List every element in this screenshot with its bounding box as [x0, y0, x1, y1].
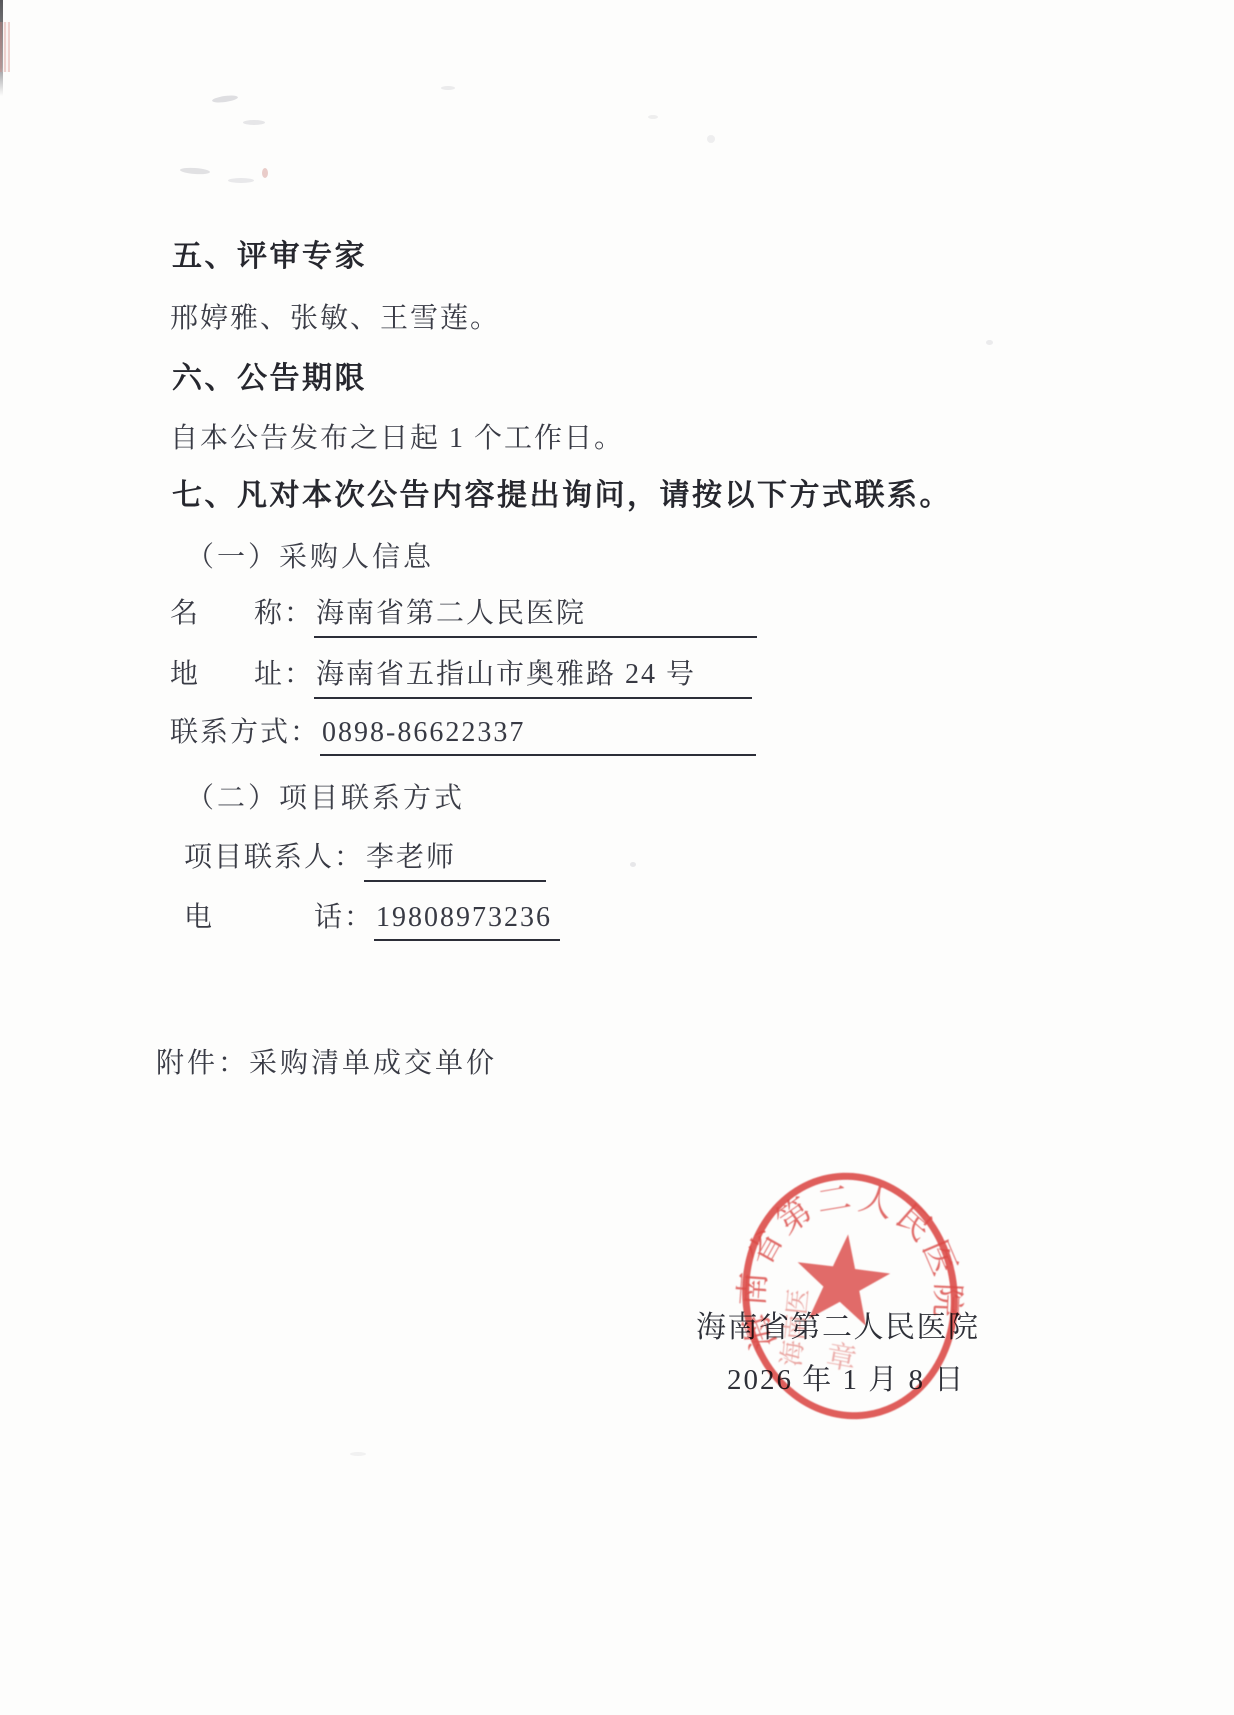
- purchaser-subheading: （一）采购人信息: [186, 535, 434, 575]
- scan-artifact: [228, 178, 254, 183]
- project-person-value: 李老师: [364, 835, 546, 882]
- name-label-b: 称: [254, 598, 284, 629]
- purchaser-name-row: 名 称： 海南省第二人民医院: [170, 591, 757, 638]
- signature-org: 海南省第二人民医院: [696, 1302, 980, 1346]
- address-label-b: 址: [254, 659, 284, 690]
- contact-label: 联系方式: [170, 717, 290, 748]
- project-phone-row: 电 话： 19808973236: [184, 895, 560, 941]
- person-label: 项目联系人: [184, 842, 334, 873]
- scan-artifact: [441, 86, 455, 90]
- attachment-value: 采购清单成交单价: [249, 1048, 497, 1079]
- scan-edge-tint: [0, 22, 10, 72]
- scan-artifact: [986, 340, 993, 345]
- project-subheading: （二）项目联系方式: [186, 776, 465, 816]
- signature-date: 2026 年 1 月 8 日: [727, 1357, 965, 1398]
- name-label-a: 名: [170, 591, 200, 631]
- scan-artifact: [630, 862, 636, 867]
- experts-list: 邢婷雅、张敏、王雪莲。: [170, 296, 500, 336]
- attachment-colon: ：: [218, 1048, 249, 1079]
- project-person-row: 项目联系人： 李老师: [184, 835, 546, 882]
- purchaser-name-value: 海南省第二人民医院: [314, 591, 757, 638]
- notice-period-text: 自本公告发布之日起 1 个工作日。: [170, 416, 624, 456]
- person-colon: ：: [334, 842, 364, 873]
- phone-colon: ：: [344, 902, 374, 933]
- purchaser-address-value: 海南省五指山市奥雅路 24 号: [314, 652, 752, 699]
- scan-artifact: [648, 115, 658, 119]
- contact-colon: ：: [290, 717, 320, 748]
- section-5-heading: 五、评审专家: [172, 231, 367, 275]
- scan-artifact: [212, 94, 239, 104]
- address-label-a: 地: [170, 652, 200, 692]
- scan-artifact: [243, 120, 265, 125]
- attachment-label: 附件: [156, 1048, 218, 1079]
- section-6-heading: 六、公告期限: [172, 353, 367, 397]
- phone-label-b: 话: [314, 902, 344, 933]
- address-colon: ：: [284, 659, 314, 690]
- scan-artifact: [350, 1452, 366, 1456]
- scan-artifact: [262, 168, 268, 178]
- purchaser-address-row: 地 址： 海南省五指山市奥雅路 24 号: [170, 652, 752, 699]
- scan-artifact: [707, 135, 715, 143]
- phone-label-a: 电: [184, 895, 214, 935]
- section-7-heading: 七、凡对本次公告内容提出询问，请按以下方式联系。: [172, 470, 952, 514]
- attachment-line: 附件：采购清单成交单价: [156, 1041, 497, 1081]
- scanned-document-page: 五、评审专家 邢婷雅、张敏、王雪莲。 六、公告期限 自本公告发布之日起 1 个工…: [0, 0, 1234, 1715]
- purchaser-contact-value: 0898-86622337: [320, 717, 756, 756]
- name-colon: ：: [284, 598, 314, 629]
- purchaser-contact-row: 联系方式： 0898-86622337: [170, 710, 756, 756]
- scan-artifact: [180, 167, 210, 175]
- project-phone-value: 19808973236: [374, 902, 560, 941]
